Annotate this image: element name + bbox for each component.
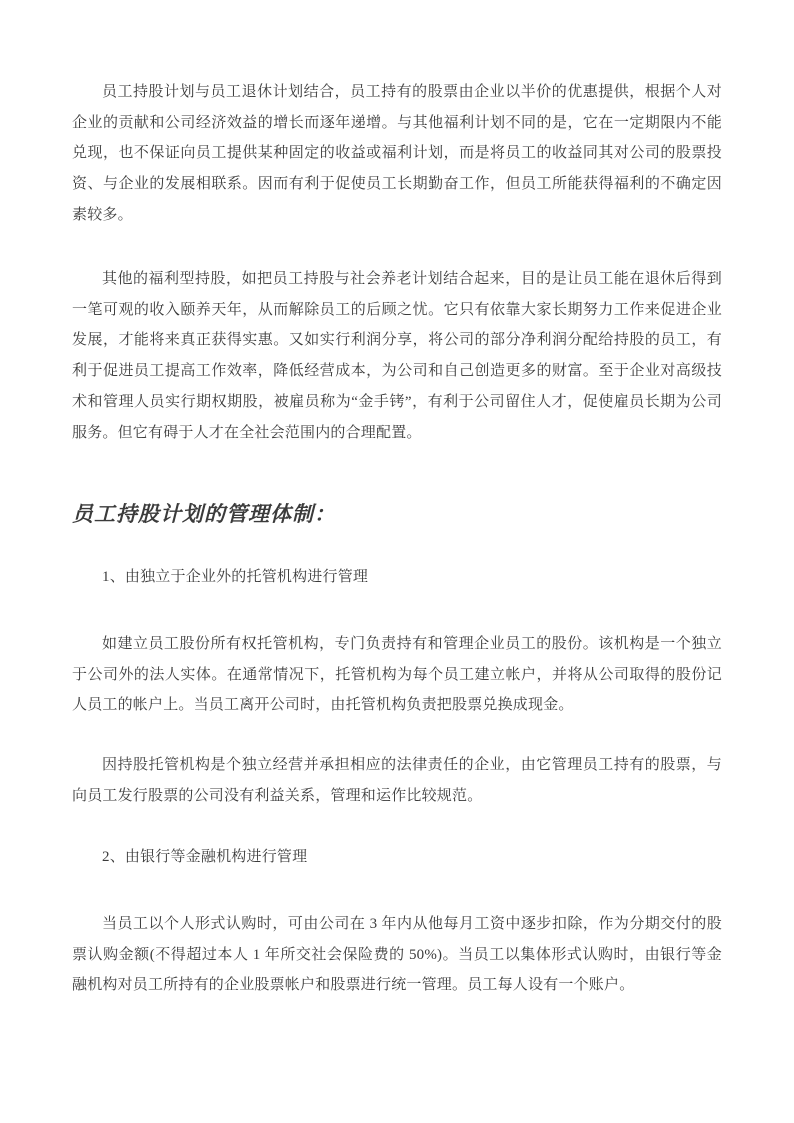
paragraph-welfare-type-holding: 其他的福利型持股，如把员工持股与社会养老计划结合起来，目的是让员工能在退休后得到… [72,264,722,448]
numbered-item-2-bank-management: 2、由银行等金融机构进行管理 [72,842,722,872]
section-heading-management-system: 员工持股计划的管理体制： [72,498,722,530]
numbered-item-1-trustee-institution: 1、由独立于企业外的托管机构进行管理 [72,562,722,592]
paragraph-trustee-institution-detail: 如建立员工股份所有权托管机构，专门负责持有和管理企业员工的股份。该机构是一个独立… [72,629,722,721]
paragraph-bank-management-detail: 当员工以个人形式认购时，可由公司在 3 年内从他每月工资中逐步扣除，作为分期交付… [72,909,722,1001]
paragraph-trustee-independence: 因持股托管机构是个独立经营并承担相应的法律责任的企业，由它管理员工持有的股票，与… [72,750,722,811]
paragraph-esop-retirement-combination: 员工持股计划与员工退休计划结合，员工持有的股票由企业以半价的优惠提供，根据个人对… [72,77,722,231]
document-page: 员工持股计划与员工退休计划结合，员工持有的股票由企业以半价的优惠提供，根据个人对… [0,0,794,1123]
